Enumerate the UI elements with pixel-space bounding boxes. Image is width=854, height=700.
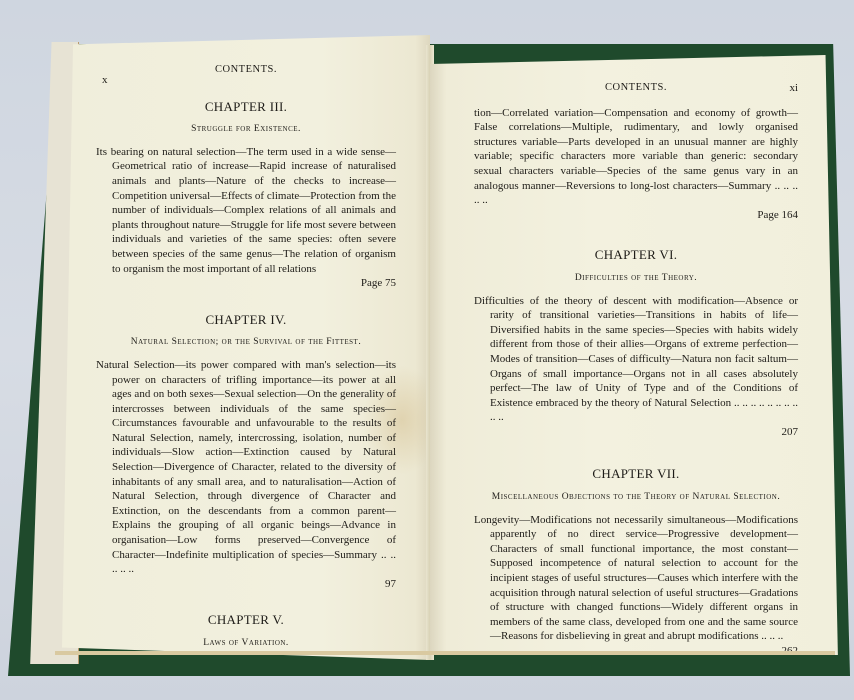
chapter-subtitle: Natural Selection; or the Survival of th…: [96, 335, 396, 350]
page-reference: 97: [96, 577, 396, 592]
page-reference: Page 164: [474, 208, 798, 223]
chapter-subtitle: Miscellaneous Objections to the Theory o…: [474, 490, 798, 505]
chapter-subtitle: Struggle for Existence.: [96, 122, 396, 137]
chapter-summary: Difficulties of the theory of descent wi…: [474, 294, 798, 425]
chapter-title: CHAPTER VII.: [474, 467, 798, 482]
chapter-subtitle: Difficulties of the Theory.: [474, 271, 798, 286]
running-head: CONTENTS.: [96, 63, 396, 78]
chapter-subtitle: Laws of Variation.: [96, 636, 396, 651]
left-page: CONTENTS. x CHAPTER III. Struggle for Ex…: [62, 35, 430, 660]
chapter-summary-continued: tion—Correlated variation—Compensation a…: [474, 106, 798, 208]
chapter-summary: Natural Selection—its power compared wit…: [96, 358, 396, 577]
page-bottom-edge: [55, 651, 835, 655]
chapter-title: CHAPTER VI.: [474, 248, 798, 263]
chapter-summary: Longevity—Modifications not necessarily …: [474, 513, 798, 644]
page-number: x: [102, 73, 108, 88]
chapter-title: CHAPTER V.: [96, 613, 396, 628]
page-number: xi: [789, 81, 798, 96]
chapter-title: CHAPTER III.: [96, 100, 396, 115]
right-page: CONTENTS. xi tion—Correlated variation—C…: [430, 55, 842, 655]
chapter-summary: Its bearing on natural selection—The ter…: [96, 145, 396, 276]
chapter-title: CHAPTER IV.: [96, 313, 396, 328]
running-head: CONTENTS.: [474, 81, 798, 96]
page-reference: 207: [474, 425, 798, 440]
page-reference: Page 75: [96, 276, 396, 291]
